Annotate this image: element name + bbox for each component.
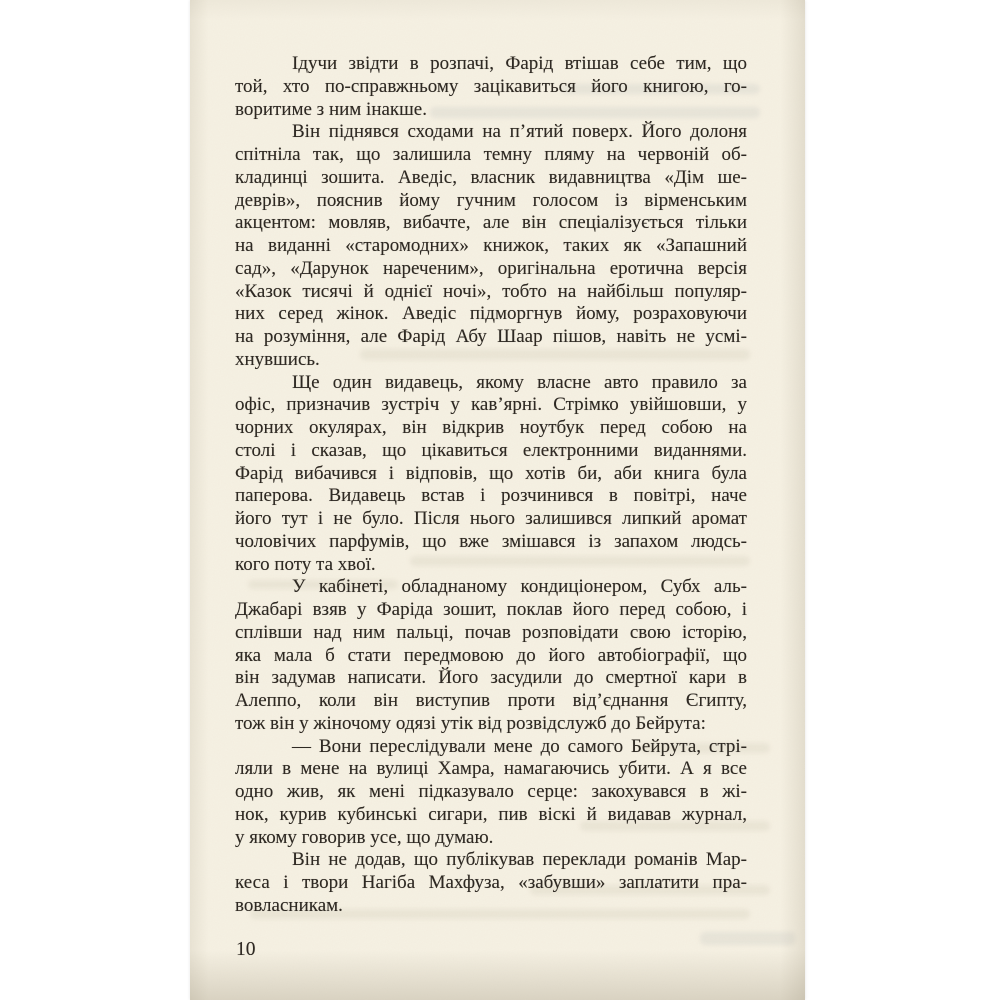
text-line: спітніла так, що залишила темну пляму на… [235, 144, 747, 167]
text-line: кого поту та хвої. [235, 554, 747, 577]
text-line: — Вони переслідували мене до самого Бейр… [235, 736, 747, 759]
text-line: Він не додав, що публікував переклади ро… [235, 849, 747, 872]
text-line: «Казок тисячі й однієї ночі», тобто на н… [235, 281, 747, 304]
text-line: них серед жінок. Аведіс підморгнув йому,… [235, 303, 747, 326]
text-line: акцентом: мовляв, вибачте, але він спеці… [235, 212, 747, 235]
text-line: Ще один видавець, якому власне авто прав… [235, 372, 747, 395]
text-line: вовласникам. [235, 895, 747, 918]
text-line: Він піднявся сходами на п’ятий поверх. Й… [235, 121, 747, 144]
paragraph: Він піднявся сходами на п’ятий поверх. Й… [235, 121, 747, 371]
paragraph: Ідучи звідти в розпачі, Фарід втішав себ… [235, 53, 747, 121]
paragraph: У кабінеті, обладнаному кондиціонером, С… [235, 576, 747, 735]
text-line: кеса і твори Нагіба Махфуза, «забувши» з… [235, 872, 747, 895]
text-line: деврів», пояснив йому гучним голосом із … [235, 190, 747, 213]
paragraph: Ще один видавець, якому власне авто прав… [235, 372, 747, 577]
text-line: сад», «Дарунок нареченим», оригінальна е… [235, 258, 747, 281]
page-number: 10 [236, 938, 256, 962]
text-line: той, хто по-справжньому зацікавиться йог… [235, 76, 747, 99]
text-line: У кабінеті, обладнаному кондиціонером, С… [235, 576, 747, 599]
text-line: сплівши над ним пальці, почав розповідат… [235, 622, 747, 645]
text-line: одно жив, як мені підказувало серце: зак… [235, 781, 747, 804]
text-line: на розуміння, але Фарід Абу Шаар пішов, … [235, 326, 747, 349]
text-line: у якому говорив усе, що думаю. [235, 827, 747, 850]
text-line: паперова. Видавець встав і розчинився в … [235, 485, 747, 508]
text-line: Ідучи звідти в розпачі, Фарід втішав себ… [235, 53, 747, 76]
text-line: чоловічих парфумів, що вже змішався із з… [235, 531, 747, 554]
text-line: тож він у жіночому одязі утік від розвід… [235, 713, 747, 736]
text-line: Алеппо, коли він виступив проти від’єдна… [235, 690, 747, 713]
text-line: офіс, призначив зустріч у кав’ярні. Стрі… [235, 394, 747, 417]
paragraph: Він не додав, що публікував переклади ро… [235, 849, 747, 917]
text-line: столі і сказав, що цікавиться електронни… [235, 440, 747, 463]
text-line: чорних окулярах, він відкрив ноутбук пер… [235, 417, 747, 440]
text-line: кладинці зошита. Аведіс, власник видавни… [235, 167, 747, 190]
text-line: нок, курив кубинські сигари, пив віскі й… [235, 804, 747, 827]
scan-background: Ідучи звідти в розпачі, Фарід втішав себ… [0, 0, 1000, 1000]
text-line: його тут і не було. Після нього залишивс… [235, 508, 747, 531]
text-line: Джабарі взяв у Фаріда зошит, поклав його… [235, 599, 747, 622]
text-line: Фарід вибачився і відповів, що хотів би,… [235, 463, 747, 486]
text-line: ляли в мене на вулиці Хамра, намагаючись… [235, 758, 747, 781]
text-line: він задумав написати. Його засудили до с… [235, 667, 747, 690]
text-line: на виданні «старомодних» книжок, таких я… [235, 235, 747, 258]
text-line: хнувшись. [235, 349, 747, 372]
text-block: Ідучи звідти в розпачі, Фарід втішав себ… [235, 53, 747, 918]
paragraph: — Вони переслідували мене до самого Бейр… [235, 736, 747, 850]
text-line: воритиме з ним інакше. [235, 99, 747, 122]
text-line: яка мала б стати передмовою до його авто… [235, 645, 747, 668]
